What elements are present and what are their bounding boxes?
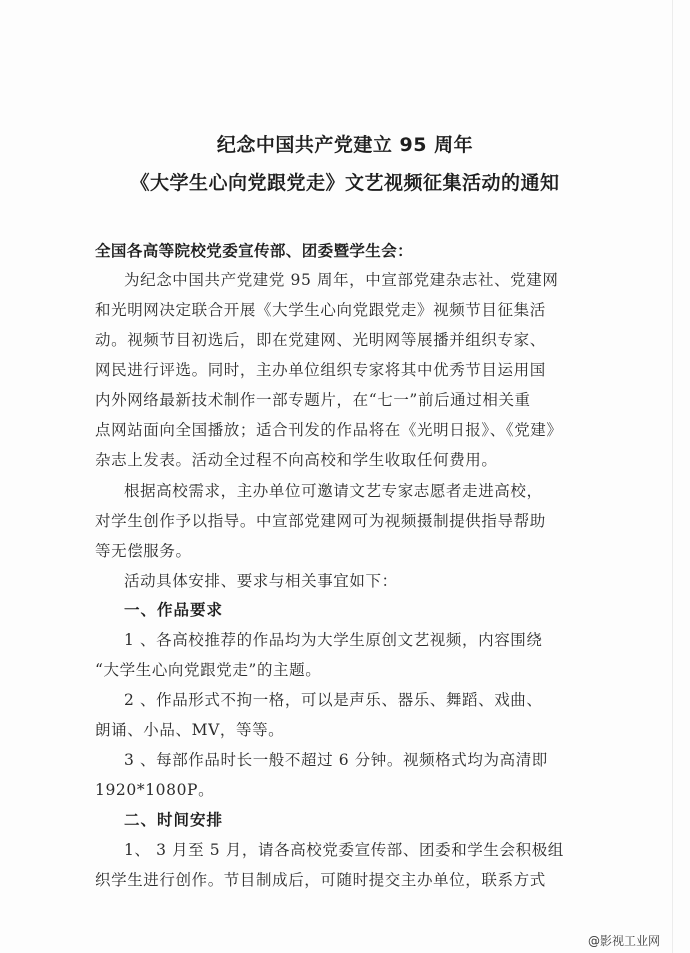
section-1-item-2: 2 、作品形式不拘一格，可以是声乐、器乐、舞蹈、戏曲、 [124,690,604,710]
paragraph-1-line: 动。视频节目初选后，即在党建网、光明网等展播并组织专家、 [95,330,575,350]
paragraph-2-line: 根据高校需求，主办单位可邀请文艺专家志愿者走进高校， [124,481,604,501]
section-1-item-2-cont: 朗诵、小品、MV，等等。 [95,720,575,740]
section-2-item-1-cont: 织学生进行创作。节目制成后，可随时提交主办单位，联系方式 [95,870,575,890]
paragraph-3: 活动具体安排、要求与相关事宜如下： [124,571,604,591]
paragraph-1-line: 为纪念中国共产党建党 95 周年，中宣部党建杂志社、党建网 [124,270,604,290]
section-2-heading: 二、时间安排 [124,810,604,830]
paragraph-1-line: 点网站面向全国播放；适合刊发的作品将在《光明日报》、《党建》 [95,420,575,440]
paragraph-1-line: 网民进行评选。同时，主办单位组织专家将其中优秀节目运用国 [95,360,575,380]
section-1-item-3: 3 、每部作品时长一般不超过 6 分钟。视频格式均为高清即 [124,750,604,770]
watermark: @影视工业网 [588,932,660,949]
document-title-line-2: 《大学生心向党跟党走》文艺视频征集活动的通知 [0,168,690,195]
section-1-item-1-cont: “大学生心向党跟党走”的主题。 [95,660,575,680]
paragraph-1-line: 杂志上发表。活动全过程不向高校和学生收取任何费用。 [95,450,575,470]
section-1-item-3-cont: 1920*1080P。 [95,780,575,800]
paragraph-2-line: 等无偿服务。 [95,541,575,561]
section-2-item-1: 1、 3 月至 5 月，请各高校党委宣传部、团委和学生会积极组 [124,840,604,860]
paragraph-1-line: 和光明网决定联合开展《大学生心向党跟党走》视频节目征集活 [95,300,575,320]
section-1-heading: 一、作品要求 [124,600,604,620]
paragraph-1-line: 内外网络最新技术制作一部专题片，在“七一”前后通过相关重 [95,390,575,410]
document-title-line-1: 纪念中国共产党建立 95 周年 [0,130,690,157]
section-1-item-1: 1 、各高校推荐的作品均为大学生原创文艺视频，内容围绕 [124,630,604,650]
paragraph-2-line: 对学生创作予以指导。中宣部党建网可为视频摄制提供指导帮助 [95,511,575,531]
salutation: 全国各高等院校党委宣传部、团委暨学生会： [95,241,575,261]
